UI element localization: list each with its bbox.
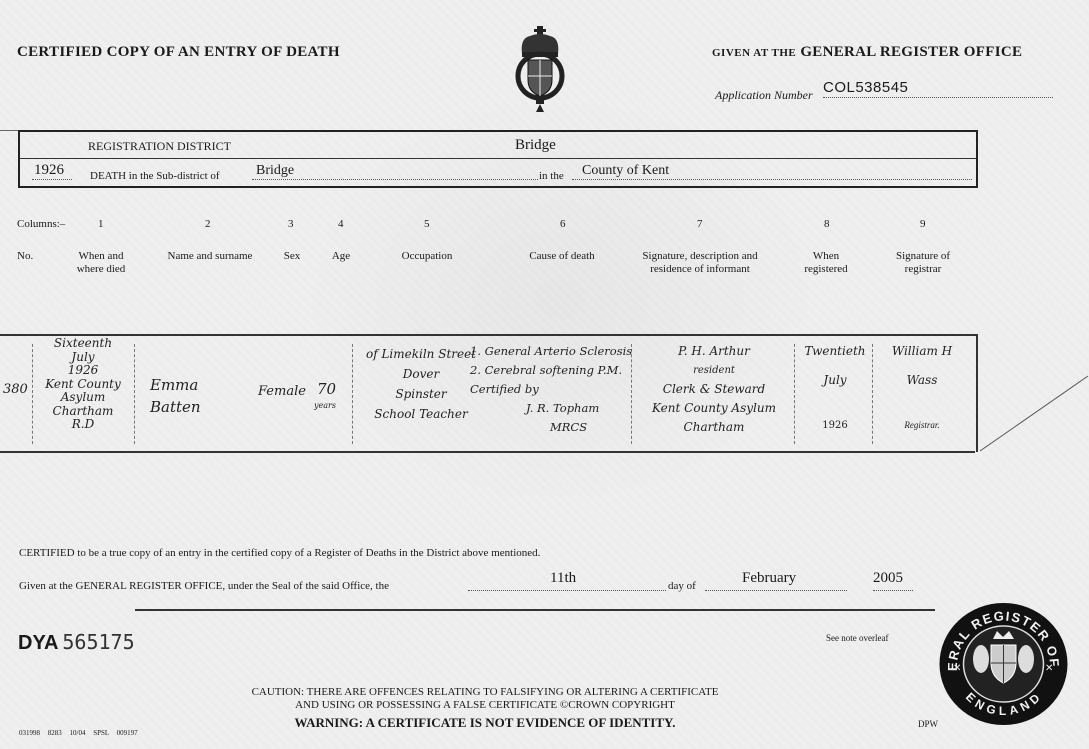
entry-right-rule — [976, 334, 978, 452]
application-number-line — [823, 97, 1053, 98]
dotted-line — [705, 590, 847, 591]
entry-when-where: Sixteenth July 1926 Kent County Asylum C… — [38, 337, 128, 432]
entry-number: 380 — [3, 382, 28, 397]
column-number: 1 — [98, 218, 104, 230]
entry-informant: P. H. Arthur resident Clerk & Steward Ke… — [636, 342, 792, 437]
columns-label: Columns:– — [17, 218, 65, 230]
cause-line: 2. Cerebral softening P.M. — [470, 361, 635, 380]
certifier-qualification: MRCS — [470, 418, 635, 437]
registration-district-value: Bridge — [515, 137, 556, 154]
residence-line: Dover — [360, 364, 482, 384]
registration-district-label: REGISTRATION DISTRICT — [88, 139, 231, 154]
column-header-name: Name and surname — [158, 250, 262, 263]
column-divider — [794, 344, 795, 444]
surname: Batten — [150, 396, 201, 418]
sub-district-label: DEATH in the Sub-district of — [90, 170, 220, 182]
identity-warning: WARNING: A CERTIFICATE IS NOT EVIDENCE O… — [215, 715, 755, 731]
registered-year: 1926 — [800, 418, 870, 433]
death-year: 1926 — [34, 162, 64, 179]
place-of-death-line: Chartham — [38, 405, 128, 419]
occupation-line: Spinster — [360, 384, 482, 404]
dotted-line — [572, 179, 972, 180]
date-of-death-year: 1926 — [38, 364, 128, 378]
see-note-overleaf: See note overleaf — [826, 633, 888, 643]
certificate-title: CERTIFIED COPY OF AN ENTRY OF DEATH — [17, 44, 340, 61]
serial-prefix: DYA — [18, 632, 58, 654]
given-statement: Given at the GENERAL REGISTER OFFICE, un… — [19, 580, 389, 592]
column-divider — [134, 344, 135, 444]
caution-text: CAUTION: THERE ARE OFFENCES RELATING TO … — [215, 686, 755, 712]
frame-line — [0, 130, 18, 131]
entry-cause-of-death: 1. General Arterio Sclerosis 2. Cerebral… — [470, 342, 635, 437]
certificate-page: CERTIFIED COPY OF AN ENTRY OF DEATH GIVE… — [0, 0, 1089, 749]
forename: Emma — [150, 374, 201, 396]
entry-sex: Female — [258, 384, 306, 399]
date-of-death-day: Sixteenth — [38, 337, 128, 351]
office-heading: GIVEN AT THE GENERAL REGISTER OFFICE — [712, 44, 1022, 61]
entry-age: 70 — [317, 382, 336, 397]
column-number: 4 — [338, 218, 344, 230]
county-value: County of Kent — [582, 163, 669, 179]
column-header-when-registered: When registered — [796, 250, 856, 276]
certified-year: 2005 — [873, 570, 903, 587]
entry-top-rule — [0, 334, 978, 336]
column-header-informant: Signature, description and residence of … — [632, 250, 768, 276]
caution-line: CAUTION: THERE ARE OFFENCES RELATING TO … — [215, 686, 755, 699]
registrar-title: Registrar. — [876, 418, 968, 433]
entry-bottom-rule — [0, 451, 975, 453]
column-header-when-where: When and where died — [70, 250, 132, 276]
district-box: REGISTRATION DISTRICT Bridge 1926 DEATH … — [18, 130, 978, 188]
informant-description: resident — [636, 361, 792, 380]
column-header-sex: Sex — [280, 250, 304, 263]
certified-by-line: Certified by — [470, 380, 635, 399]
column-number: 9 — [920, 218, 926, 230]
entry-registrar: William H Wass Registrar. — [876, 344, 968, 433]
certified-month: February — [742, 570, 796, 587]
column-header-registrar: Signature of registrar — [888, 250, 958, 276]
caution-line: AND USING OR POSSESSING A FALSE CERTIFIC… — [215, 699, 755, 712]
registrar-surname: Wass — [876, 373, 968, 388]
informant-residence: Chartham — [636, 418, 792, 437]
certified-statement: CERTIFIED to be a true copy of an entry … — [19, 547, 540, 559]
column-number: 3 — [288, 218, 294, 230]
application-number: COL538545 — [823, 79, 908, 96]
entry-occupation: of Limekiln Street Dover Spinster School… — [360, 344, 482, 424]
print-codes: 031998 8283 10/04 SPSL 009197 — [19, 729, 138, 737]
column-divider — [352, 344, 353, 444]
district-divider — [20, 158, 976, 159]
column-number: 2 — [205, 218, 211, 230]
dpw-mark: DPW — [918, 719, 938, 729]
in-the-label: in the — [539, 170, 564, 182]
certified-day: 11th — [550, 570, 576, 587]
certificate-serial: DYA565175 — [18, 630, 135, 655]
sub-district-value: Bridge — [256, 163, 294, 179]
dotted-line — [32, 179, 72, 180]
column-number: 7 — [697, 218, 703, 230]
office-name: GENERAL REGISTER OFFICE — [800, 44, 1022, 60]
entry-when-registered: Twentieth July 1926 — [800, 344, 870, 433]
residence-line: of Limekiln Street — [360, 344, 482, 364]
column-number: 5 — [424, 218, 430, 230]
serial-number: 565175 — [62, 630, 134, 654]
dotted-line — [252, 179, 538, 180]
place-of-death-line: Kent County — [38, 378, 128, 392]
column-divider — [872, 344, 873, 444]
registered-month: July — [800, 373, 870, 388]
general-register-office-seal-icon: GENERAL REGISTER OFFICE ENGLAND ✕ ✕ — [937, 601, 1070, 727]
application-number-label: Application Number — [715, 88, 813, 103]
dotted-line — [468, 590, 666, 591]
entry-name: Emma Batten — [150, 374, 201, 418]
column-number: 8 — [824, 218, 830, 230]
informant-description: Clerk & Steward — [636, 380, 792, 399]
dotted-line — [873, 590, 913, 591]
registered-day: Twentieth — [800, 344, 870, 359]
diagonal-rule — [980, 336, 1089, 456]
place-of-death-line: R.D — [38, 418, 128, 432]
separator-rule — [135, 609, 935, 611]
day-of-label: day of — [668, 580, 696, 592]
column-header-no: No. — [17, 250, 33, 263]
informant-residence: Kent County Asylum — [636, 399, 792, 418]
royal-crest-icon — [512, 24, 568, 116]
registrar-forename: William H — [876, 344, 968, 359]
column-divider — [32, 344, 33, 444]
cause-line: 1. General Arterio Sclerosis — [470, 342, 635, 361]
occupation-line: School Teacher — [360, 404, 482, 424]
date-of-death-month: July — [38, 351, 128, 365]
given-at-label: GIVEN AT THE — [712, 47, 796, 59]
place-of-death-line: Asylum — [38, 391, 128, 405]
column-header-age: Age — [328, 250, 354, 263]
column-header-occupation: Occupation — [392, 250, 462, 263]
svg-text:✕: ✕ — [953, 663, 961, 674]
column-header-cause: Cause of death — [520, 250, 604, 263]
certifier-name: J. R. Topham — [470, 399, 635, 418]
entry-age-unit: years — [314, 398, 336, 413]
svg-text:✕: ✕ — [1045, 663, 1053, 674]
informant-name: P. H. Arthur — [636, 342, 792, 361]
column-number: 6 — [560, 218, 566, 230]
